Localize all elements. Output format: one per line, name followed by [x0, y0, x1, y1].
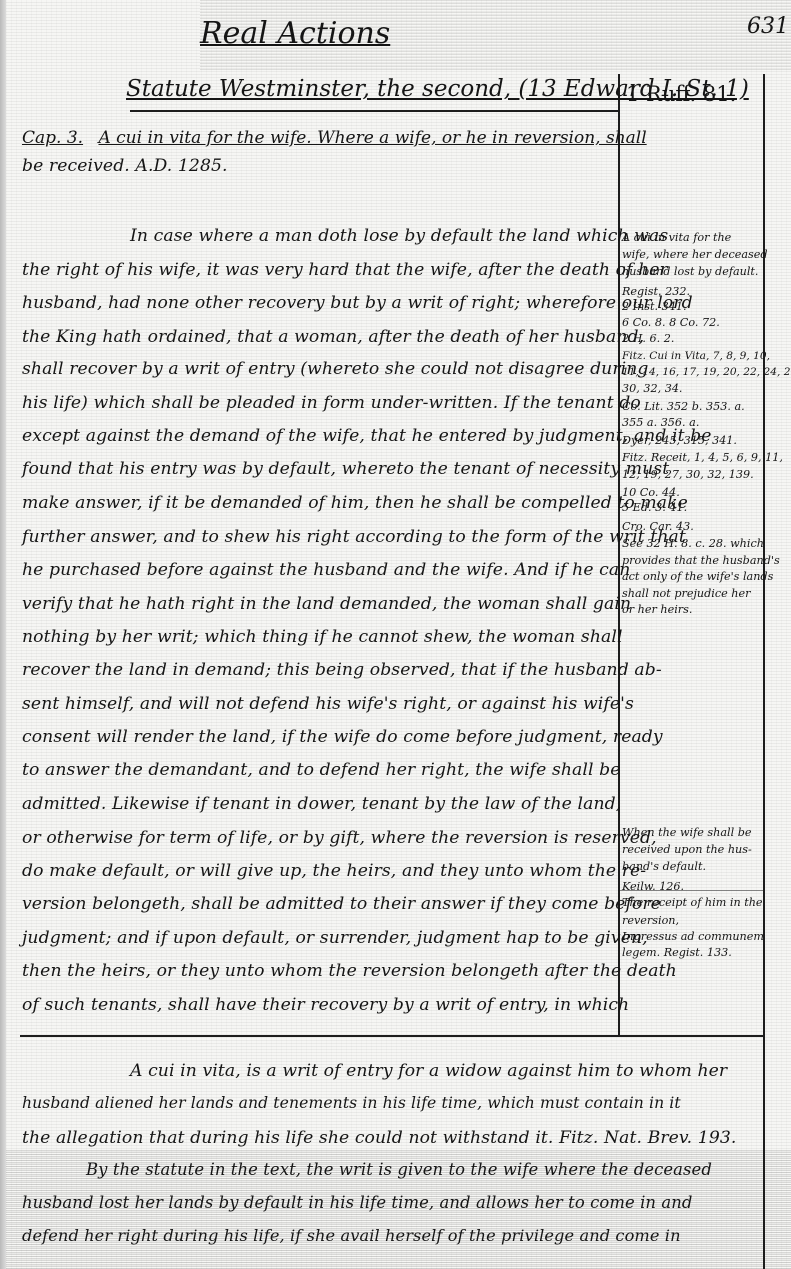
text-line: judgment; and if upon default, or surren… [22, 928, 648, 948]
text-line: except against the demand of the wife, t… [22, 426, 712, 446]
text-line: version belongeth, shall be admitted to … [22, 894, 661, 914]
text-line: the allegation that during his life she … [22, 1128, 736, 1148]
text-line: or otherwise for term of life, or by gif… [22, 828, 657, 848]
statute-underline-rule [130, 110, 618, 112]
margin-divider-left [618, 74, 620, 1036]
margin-line: 5 Ed. 3. 41. [622, 501, 687, 514]
page-number: 631 [747, 14, 789, 39]
margin-line: Regist. 232. [622, 285, 690, 298]
margin-line: wife, where her deceased [622, 248, 768, 261]
section-separator-rule [20, 1035, 765, 1037]
text-line: husband aliened her lands and tenements … [22, 1094, 681, 1112]
text-line: his life) which shall be pleaded in form… [22, 393, 641, 413]
text-line: sent himself, and will not defend his wi… [22, 694, 634, 714]
margin-line: The receipt of him in the [622, 896, 763, 909]
margin-line: When the wife shall be [622, 826, 752, 839]
text-line: further answer, and to shew his right ac… [22, 527, 686, 547]
text-line: In case where a man doth lose by default… [130, 226, 668, 246]
text-line: husband, had none other recovery but by … [22, 293, 693, 313]
margin-line: legem. Regist. 133. [622, 946, 732, 959]
margin-line: Keilw. 126. [622, 880, 684, 893]
margin-line: 11, 14, 16, 17, 19, 20, 22, 24, 26, [622, 366, 791, 378]
margin-line: Fitz. Receit, 1, 4, 5, 6, 9, 11, [622, 451, 783, 464]
margin-line: band's default. [622, 860, 706, 873]
text-line: of such tenants, shall have their recove… [22, 995, 629, 1015]
chapter-heading-line-2: be received. A.D. 1285. [22, 156, 228, 176]
margin-line: provides that the husband's [622, 554, 780, 567]
text-line: found that his entry was by default, whe… [22, 459, 669, 479]
margin-line: 30, 32, 34. [622, 382, 683, 395]
margin-line: act only of the wife's lands [622, 570, 773, 583]
text-line: nothing by her writ; which thing if he c… [22, 627, 623, 647]
margin-line: 2 H. 6. 2. [622, 332, 674, 345]
margin-line: Cro. Car. 43. [622, 520, 694, 533]
text-line: A cui in vita, is a writ of entry for a … [130, 1061, 727, 1081]
text-line: make answer, if it be demanded of him, t… [22, 493, 688, 513]
margin-line: Co. Lit. 352 b. 353. a. [622, 400, 745, 413]
text-line: shall recover by a writ of entry (wheret… [22, 359, 649, 379]
margin-line: 355 a. 356. a. [622, 416, 699, 429]
text-line: defend her right during his life, if she… [22, 1226, 681, 1245]
margin-line: 6 Co. 8. 8 Co. 72. [622, 316, 720, 329]
text-line: admitted. Likewise if tenant in dower, t… [22, 794, 621, 814]
text-line: By the statute in the text, the writ is … [86, 1160, 712, 1179]
margin-line: or her heirs. [622, 603, 692, 616]
margin-line: Fitz. Cui in Vita, 7, 8, 9, 10, [622, 350, 770, 362]
text-line: consent will render the land, if the wif… [22, 727, 663, 747]
margin-line: 12, 19, 27, 30, 32, 139. [622, 468, 754, 481]
margin-line: shall not prejudice her [622, 587, 750, 600]
text-line: the King hath ordained, that a woman, af… [22, 327, 644, 347]
text-line: recover the land in demand; this being o… [22, 660, 662, 680]
margin-line: husband lost by default. [622, 265, 758, 278]
margin-line: Dyer, 245, 315, 341. [622, 434, 737, 447]
page-title: Real Actions [200, 16, 390, 51]
margin-line: See 32 H. 8. c. 28. which [622, 537, 764, 550]
margin-line: received upon the hus- [622, 843, 752, 856]
text-line: do make default, or will give up, the he… [22, 861, 646, 881]
text-line: the right of his wife, it was very hard … [22, 260, 668, 280]
margin-line: 2 Inst. 341. [622, 300, 687, 313]
text-line: to answer the demandant, and to defend h… [22, 760, 621, 780]
text-line: verify that he hath right in the land de… [22, 594, 631, 614]
text-line: he purchased before against the husband … [22, 560, 630, 580]
scan-edge [0, 0, 6, 1269]
text-line: then the heirs, or they unto whom the re… [22, 961, 677, 981]
chapter-heading: Cap. 3. A cui in vita for the wife. Wher… [22, 128, 647, 148]
margin-line: reversion, [622, 914, 679, 927]
chapter-label: Cap. 3. [22, 128, 83, 148]
margin-reference-top: 1 Ruff. 81. [626, 82, 736, 106]
margin-line: A cui in vita for the [622, 231, 731, 244]
margin-line: Ingressus ad communem [622, 930, 764, 943]
margin-line: 10 Co. 44. [622, 486, 680, 499]
chapter-heading-line-1: A cui in vita for the wife. Where a wife… [98, 128, 646, 148]
text-line: husband lost her lands by default in his… [22, 1193, 693, 1212]
